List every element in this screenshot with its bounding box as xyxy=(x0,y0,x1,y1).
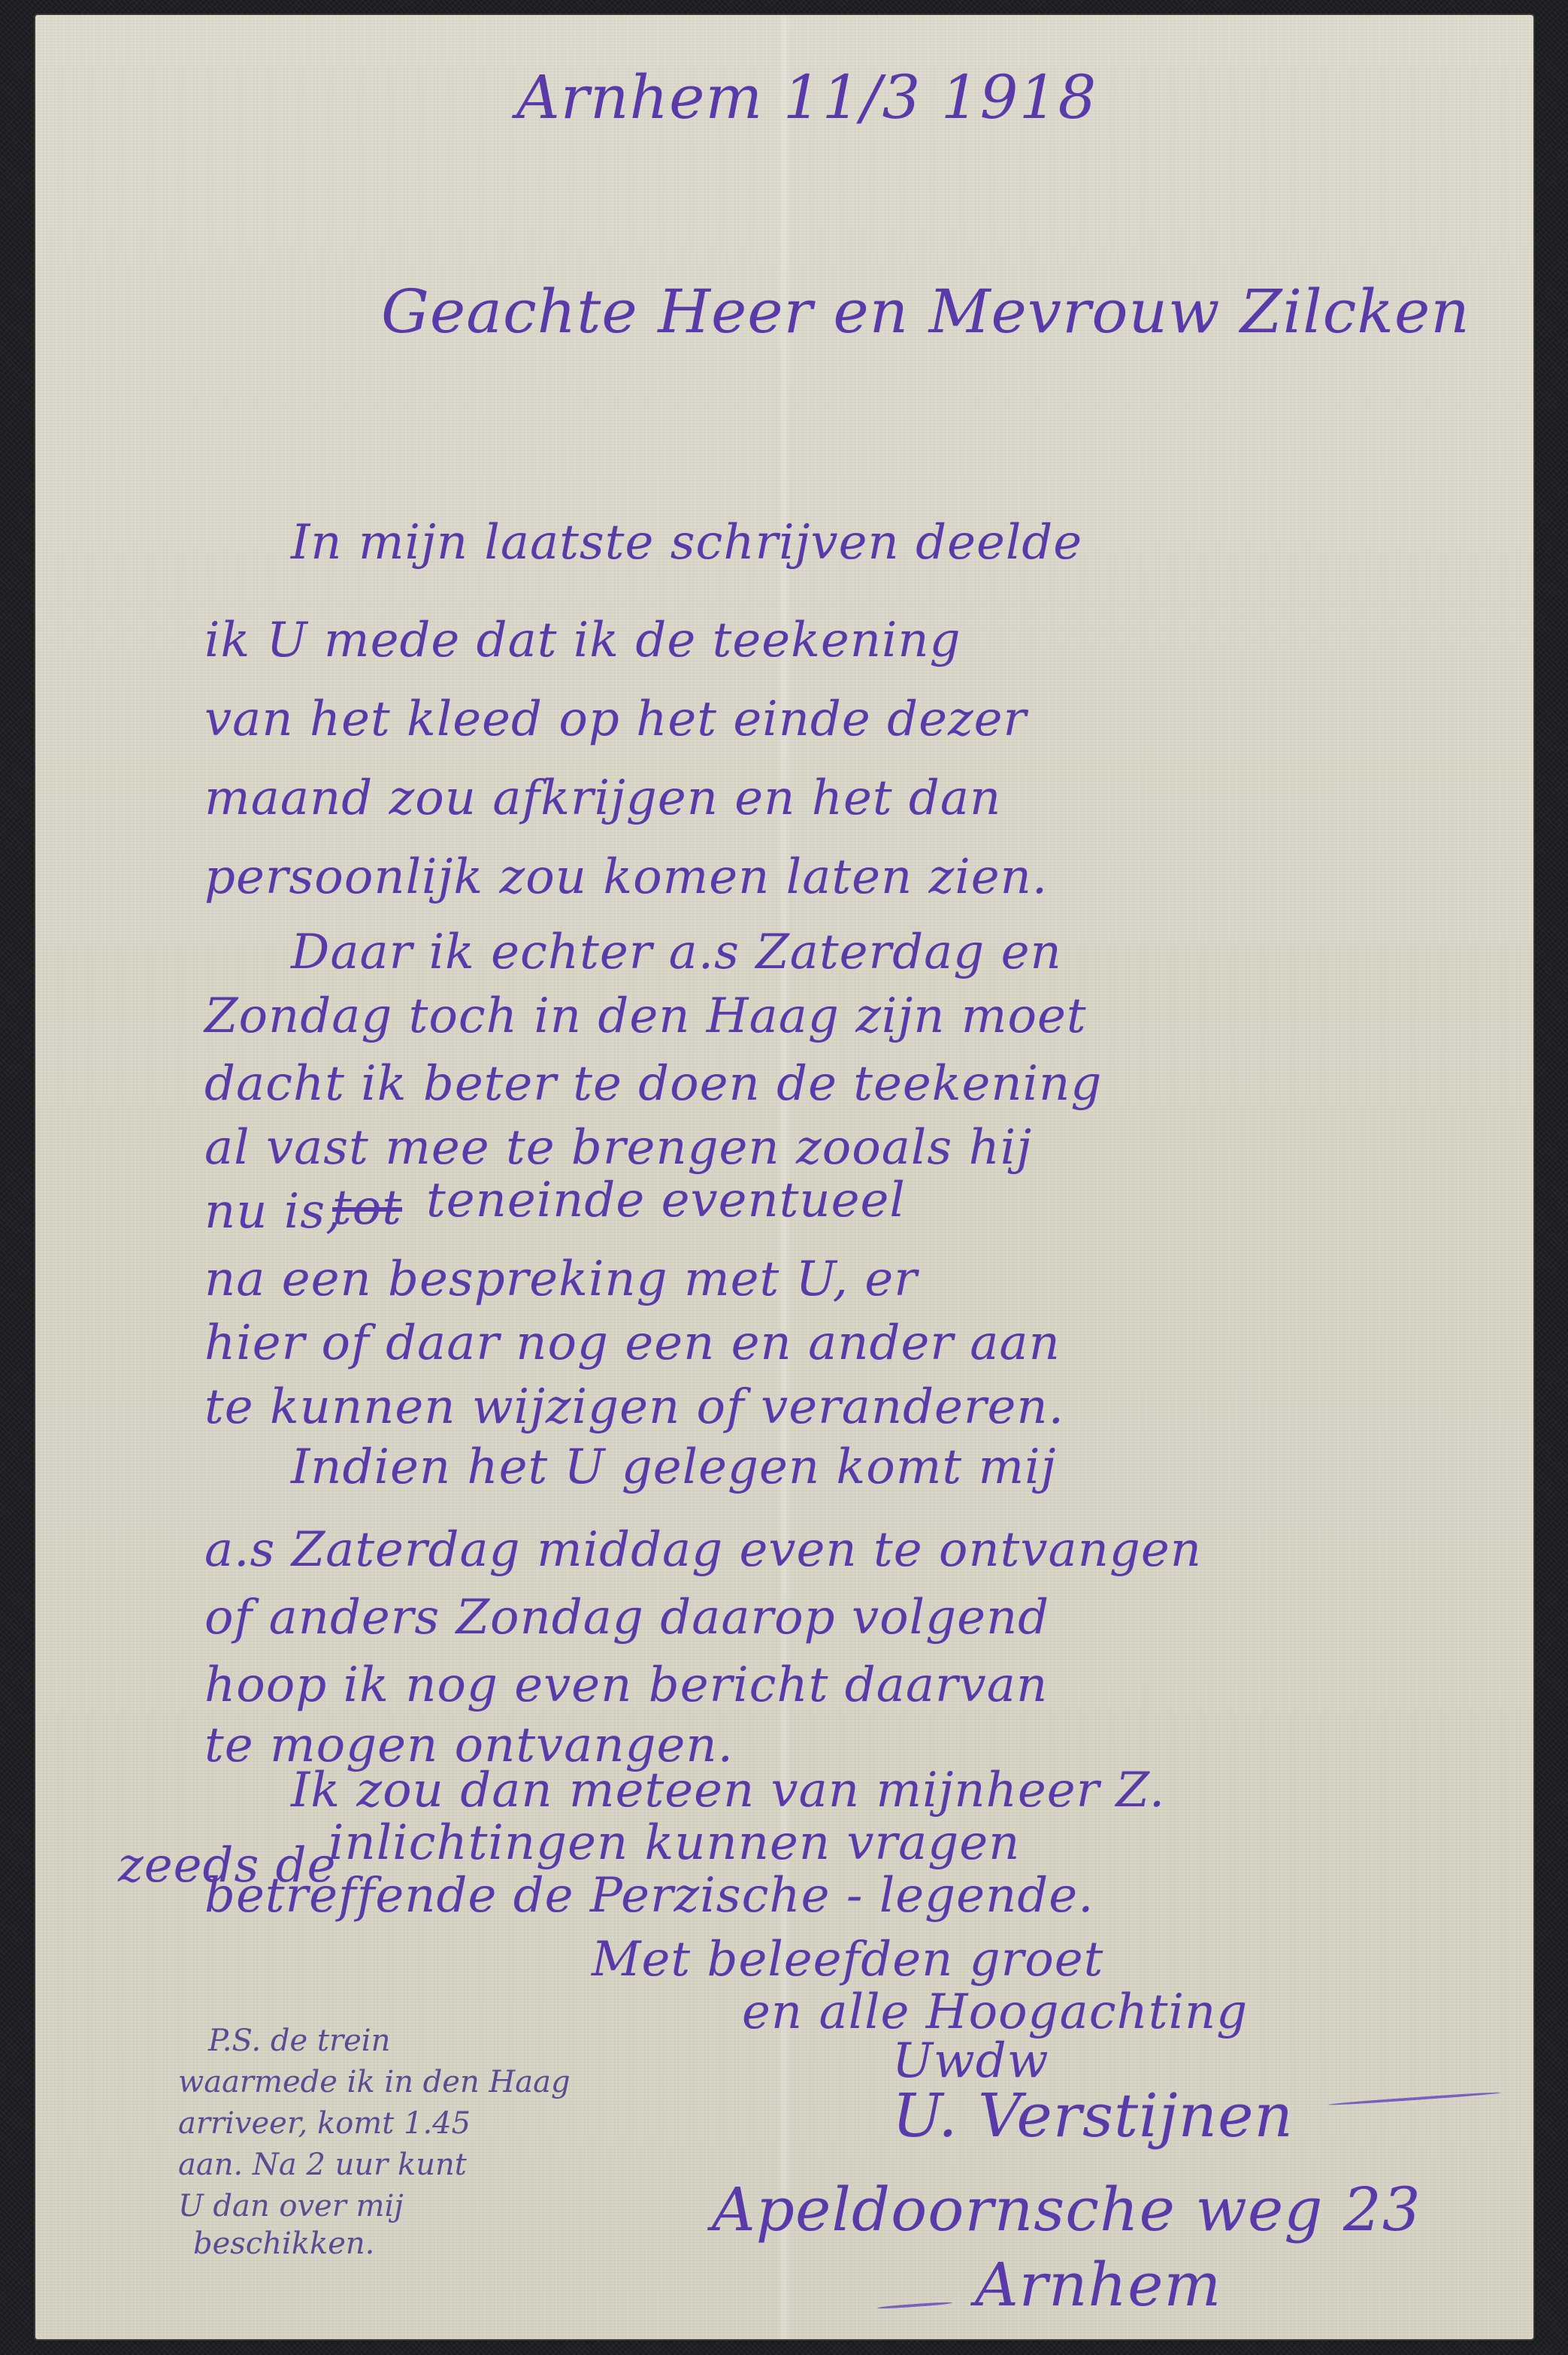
closing-greeting: Met beleefden groet xyxy=(592,1936,1103,1984)
signature: U. Verstijnen xyxy=(892,2086,1294,2146)
body-line: inlichtingen kunnen vragen xyxy=(328,1819,1020,1867)
body-line: te kunnen wijzigen of veranderen. xyxy=(204,1383,1064,1431)
body-line: nu is, xyxy=(204,1188,341,1236)
address-street: Apeldoornsche weg 23 xyxy=(712,2180,1421,2240)
body-line: dacht ik beter te doen de teekening xyxy=(204,1060,1102,1108)
body-line: ik U mede dat ik de teekening xyxy=(204,616,961,664)
postscript-line: U dan over mij xyxy=(178,2191,404,2221)
address-city: Arnhem xyxy=(975,2255,1221,2315)
body-line: persoonlijk zou komen laten zien. xyxy=(204,853,1048,901)
body-line: Indien het U gelegen komt mij xyxy=(291,1443,1056,1491)
postscript-line: P.S. de trein xyxy=(208,2026,390,2056)
struck-word: tot xyxy=(332,1184,402,1232)
postscript-line: waarmede ik in den Haag xyxy=(178,2067,571,2097)
postscript-line: arriveer, komt 1.45 xyxy=(178,2108,471,2139)
body-line: Zondag toch in den Haag zijn moet xyxy=(204,992,1087,1040)
body-line: a.s Zaterdag middag even te ontvangen xyxy=(204,1526,1202,1574)
salutation: Geachte Heer en Mevrouw Zilcken xyxy=(381,282,1470,342)
address-underline xyxy=(877,2302,952,2310)
closing-yours: Uwdw xyxy=(892,2037,1049,2085)
body-line: teneinde eventueel xyxy=(426,1176,906,1224)
body-line: van het kleed op het einde dezer xyxy=(204,695,1027,743)
letter-paper: Arnhem 11/3 1918 Geachte Heer en Mevrouw… xyxy=(35,15,1533,2339)
body-line: of anders Zondag daarop volgend xyxy=(204,1594,1049,1642)
body-line: Ik zou dan meteen van mijnheer Z. xyxy=(291,1766,1165,1815)
body-line: na een bespreking met U, er xyxy=(204,1255,918,1303)
body-line: Daar ik echter a.s Zaterdag en xyxy=(291,928,1062,976)
body-line: hoop ik nog even bericht daarvan xyxy=(204,1661,1048,1709)
closing-respect: en alle Hoogachting xyxy=(742,1988,1248,2036)
body-line: betreffende de Perzische - legende. xyxy=(204,1872,1094,1920)
body-line: In mijn laatste schrijven deelde xyxy=(291,519,1082,567)
body-line: maand zou afkrijgen en het dan xyxy=(204,774,1001,822)
postscript-line: aan. Na 2 uur kunt xyxy=(178,2150,467,2180)
postscript-line: beschikken. xyxy=(193,2229,374,2259)
body-line: al vast mee te brengen zooals hij xyxy=(204,1124,1032,1172)
body-line: hier of daar nog een en ander aan xyxy=(204,1319,1061,1367)
signature-flourish xyxy=(1328,2091,1501,2106)
place-date: Arnhem 11/3 1918 xyxy=(516,68,1097,128)
